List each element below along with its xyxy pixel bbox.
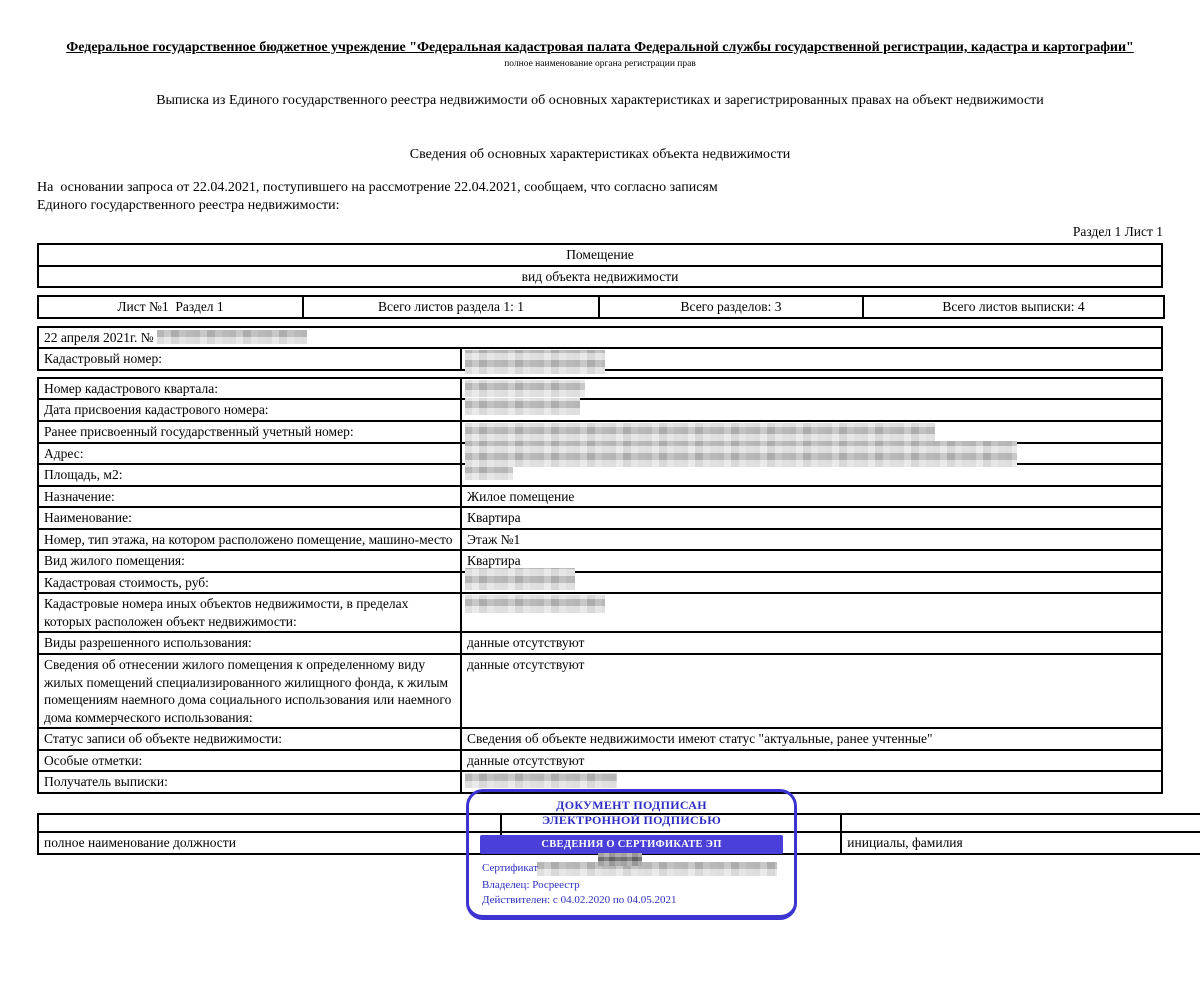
attribute-value: Квартира bbox=[461, 507, 1162, 529]
certificate-label: Сертификат bbox=[482, 862, 792, 874]
certificate-validity: Действителен: с 04.02.2020 по 04.05.2021 bbox=[482, 894, 807, 906]
initials-caption: инициалы, фамилия bbox=[841, 832, 1200, 854]
redacted-value bbox=[465, 441, 1017, 467]
stamp-title-line2: ЭЛЕКТРОННОЙ ПОДПИСЬЮ bbox=[469, 813, 794, 828]
sheet-info-cell: Лист №1 Раздел 1 bbox=[38, 296, 303, 318]
attribute-label: Номер, тип этажа, на котором расположено… bbox=[38, 529, 461, 551]
attribute-value bbox=[461, 572, 1162, 594]
section-sheet-label: Раздел 1 Лист 1 bbox=[37, 224, 1163, 240]
certificate-info-bar: СВЕДЕНИЯ О СЕРТИФИКАТЕ ЭП bbox=[480, 835, 783, 854]
attributes-table: Номер кадастрового квартала: Дата присво… bbox=[37, 377, 1163, 794]
attribute-value: Жилое помещение bbox=[461, 486, 1162, 508]
attribute-value bbox=[461, 464, 1162, 486]
attribute-value: Этаж №1 bbox=[461, 529, 1162, 551]
redacted-value bbox=[465, 380, 585, 397]
redacted-value bbox=[465, 350, 605, 374]
attribute-value bbox=[461, 443, 1162, 465]
section-title: Сведения об основных характеристиках объ… bbox=[37, 147, 1163, 163]
attribute-value bbox=[461, 421, 1162, 443]
table-row: вид объекта недвижимости bbox=[38, 266, 1162, 288]
attribute-label: Виды разрешенного использования: bbox=[38, 632, 461, 654]
table-row: Наименование: Квартира bbox=[38, 507, 1162, 529]
object-kind-table: Помещение вид объекта недвижимости bbox=[37, 243, 1163, 288]
object-kind-value: Помещение bbox=[38, 244, 1162, 266]
table-row: Ранее присвоенный государственный учетны… bbox=[38, 421, 1162, 443]
redacted-value bbox=[465, 423, 935, 441]
stamp-title-line1: ДОКУМЕНТ ПОДПИСАН bbox=[469, 798, 794, 813]
issue-date-label: 22 апреля 2021г. № bbox=[44, 330, 154, 345]
attribute-label: Кадастровые номера иных объектов недвижи… bbox=[38, 593, 461, 632]
attribute-label: Назначение: bbox=[38, 486, 461, 508]
attribute-label: Наименование: bbox=[38, 507, 461, 529]
redacted-value bbox=[465, 568, 575, 590]
table-row: 22 апреля 2021г. № bbox=[38, 327, 1162, 349]
table-row: Особые отметки: данные отсутствуют bbox=[38, 750, 1162, 772]
table-row: Помещение bbox=[38, 244, 1162, 266]
signature-empty-cell bbox=[841, 814, 1200, 832]
attribute-label: Кадастровый номер: bbox=[38, 348, 461, 370]
table-row: Лист №1 Раздел 1 Всего листов раздела 1:… bbox=[38, 296, 1164, 318]
redacted-value bbox=[465, 773, 617, 788]
attribute-label: Дата присвоения кадастрового номера: bbox=[38, 399, 461, 421]
attribute-label: Статус записи об объекте недвижимости: bbox=[38, 728, 461, 750]
attribute-value bbox=[461, 593, 1162, 632]
issue-table: 22 апреля 2021г. № Кадастровый номер: bbox=[37, 326, 1163, 371]
attribute-label: Получатель выписки: bbox=[38, 771, 461, 793]
certificate-owner: Владелец: Росреестр bbox=[482, 879, 807, 891]
redacted-value bbox=[465, 466, 513, 480]
table-row: Кадастровая стоимость, руб: bbox=[38, 572, 1162, 594]
attribute-label: Особые отметки: bbox=[38, 750, 461, 772]
table-row: Вид жилого помещения: Квартира bbox=[38, 550, 1162, 572]
redacted-value bbox=[465, 595, 605, 613]
table-row: Статус записи об объекте недвижимости: С… bbox=[38, 728, 1162, 750]
table-row: Назначение: Жилое помещение bbox=[38, 486, 1162, 508]
attribute-value: данные отсутствуют bbox=[461, 632, 1162, 654]
table-row: Номер, тип этажа, на котором расположено… bbox=[38, 529, 1162, 551]
table-row: Виды разрешенного использования: данные … bbox=[38, 632, 1162, 654]
request-basis-text: На основании запроса от 22.04.2021, пост… bbox=[37, 179, 1163, 215]
authority-caption: полное наименование органа регистрации п… bbox=[37, 59, 1163, 69]
egrn-extract-document: Федеральное государственное бюджетное уч… bbox=[0, 0, 1200, 982]
sheet-info-cell: Всего листов выписки: 4 bbox=[863, 296, 1164, 318]
sheet-info-table: Лист №1 Раздел 1 Всего листов раздела 1:… bbox=[37, 295, 1165, 319]
table-row: Площадь, м2: bbox=[38, 464, 1162, 486]
table-row: Адрес: bbox=[38, 443, 1162, 465]
sheet-info-cell: Всего листов раздела 1: 1 bbox=[303, 296, 599, 318]
table-row: Кадастровый номер: bbox=[38, 348, 1162, 370]
attribute-value: Сведения об объекте недвижимости имеют с… bbox=[461, 728, 1162, 750]
attribute-value bbox=[461, 378, 1162, 400]
attribute-label: Площадь, м2: bbox=[38, 464, 461, 486]
request-line-2: Единого государственного реестра недвижи… bbox=[37, 198, 340, 213]
redacted-value bbox=[157, 330, 307, 344]
object-kind-caption: вид объекта недвижимости bbox=[38, 266, 1162, 288]
request-line-1: На основании запроса от 22.04.2021, пост… bbox=[37, 180, 718, 195]
attribute-label: Сведения об отнесении жилого помещения к… bbox=[38, 654, 461, 728]
position-caption: полное наименование должности bbox=[38, 832, 501, 854]
digital-signature-stamp: ДОКУМЕНТ ПОДПИСАН ЭЛЕКТРОННОЙ ПОДПИСЬЮ С… bbox=[466, 789, 797, 920]
registering-authority-title: Федеральное государственное бюджетное уч… bbox=[37, 0, 1163, 57]
attribute-label: Кадастровая стоимость, руб: bbox=[38, 572, 461, 594]
issue-date-cell: 22 апреля 2021г. № bbox=[38, 327, 1162, 349]
redacted-value bbox=[465, 398, 580, 415]
attribute-value: данные отсутствуют bbox=[461, 654, 1162, 728]
document-title: Выписка из Единого государственного реес… bbox=[37, 93, 1163, 109]
table-row: Номер кадастрового квартала: bbox=[38, 378, 1162, 400]
attribute-value: данные отсутствуют bbox=[461, 750, 1162, 772]
table-row: Сведения об отнесении жилого помещения к… bbox=[38, 654, 1162, 728]
sheet-info-cell: Всего разделов: 3 bbox=[599, 296, 863, 318]
attribute-label: Вид жилого помещения: bbox=[38, 550, 461, 572]
signature-empty-cell bbox=[38, 814, 501, 832]
table-row: Кадастровые номера иных объектов недвижи… bbox=[38, 593, 1162, 632]
attribute-value bbox=[461, 348, 1162, 370]
attribute-label: Номер кадастрового квартала: bbox=[38, 378, 461, 400]
attribute-value bbox=[461, 399, 1162, 421]
attribute-label: Ранее присвоенный государственный учетны… bbox=[38, 421, 461, 443]
attribute-label: Адрес: bbox=[38, 443, 461, 465]
table-row: Дата присвоения кадастрового номера: bbox=[38, 399, 1162, 421]
